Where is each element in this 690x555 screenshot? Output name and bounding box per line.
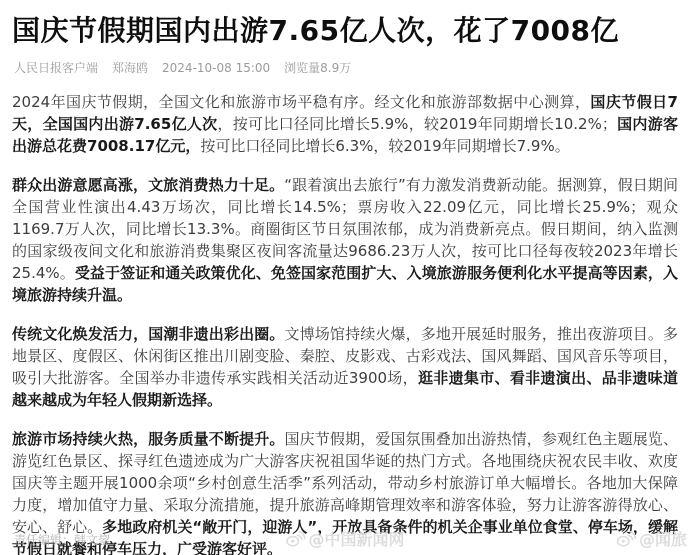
watermark-right: @闻旅 bbox=[616, 527, 687, 550]
article-body: 2024年国庆节假期，全国文化和旅游市场平稳有序。经文化和旅游部数据中心测算，国… bbox=[12, 91, 678, 555]
meta-author: 郑海鸥 bbox=[112, 59, 148, 76]
article-paragraph: 群众出游意愿高涨，文旅消费热力十足。“跟着演出去旅行”有力激发消费新动能。据测算… bbox=[12, 174, 678, 306]
meta-views: 浏览量8.9万 bbox=[284, 59, 351, 76]
paragraph-segment-bold: 传统文化焕发活力，国潮非遗出彩出圈。 bbox=[12, 325, 285, 343]
watermark-handle: @中国新闻网 bbox=[308, 527, 404, 550]
article-footer: 责任编辑：韩文鋆 @中国新闻网 @闻旅 bbox=[0, 527, 690, 551]
paragraph-segment: 2024年国庆节假期，全国文化和旅游市场平稳有序。经文化和旅游部数据中心测算， bbox=[12, 93, 590, 111]
editor-credit: 责任编辑：韩文鋆 bbox=[14, 531, 110, 548]
weibo-logo-icon bbox=[285, 530, 305, 547]
paragraph-segment: 按可比口径同比增长6.3%，较2019年同期增长7.9%。 bbox=[200, 137, 569, 155]
article-paragraph: 2024年国庆节假期，全国文化和旅游市场平稳有序。经文化和旅游部数据中心测算，国… bbox=[12, 91, 678, 157]
article-page: 国庆节假期国内出游7.65亿人次，花了7008亿 人民日报客户端 郑海鸥 202… bbox=[0, 0, 690, 555]
article-meta: 人民日报客户端 郑海鸥 2024-10-08 15:00 浏览量8.9万 bbox=[14, 59, 678, 76]
paragraph-segment: ，按可比口径同比增长5.9%，较2019年同期增长10.2%； bbox=[217, 115, 616, 133]
paragraph-segment-bold: 受益于签证和通关政策优化、免签国家范围扩大、入境旅游服务便利化水平提高等因素，入… bbox=[12, 264, 678, 304]
watermark-center: @中国新闻网 bbox=[285, 527, 404, 550]
paragraph-segment-bold: 群众出游意愿高涨，文旅消费热力十足。 bbox=[12, 176, 284, 194]
paragraph-segment-bold: 旅游市场持续火热，服务质量不断提升。 bbox=[12, 430, 285, 448]
meta-source: 人民日报客户端 bbox=[14, 59, 98, 76]
article-title: 国庆节假期国内出游7.65亿人次，花了7008亿 bbox=[12, 13, 678, 48]
meta-datetime: 2024-10-08 15:00 bbox=[162, 61, 270, 75]
weibo-logo-icon bbox=[616, 530, 636, 547]
watermark-handle: @闻旅 bbox=[639, 527, 687, 550]
article-paragraph: 传统文化焕发活力，国潮非遗出彩出圈。文博场馆持续火爆，多地开展延时服务，推出夜游… bbox=[12, 323, 678, 411]
